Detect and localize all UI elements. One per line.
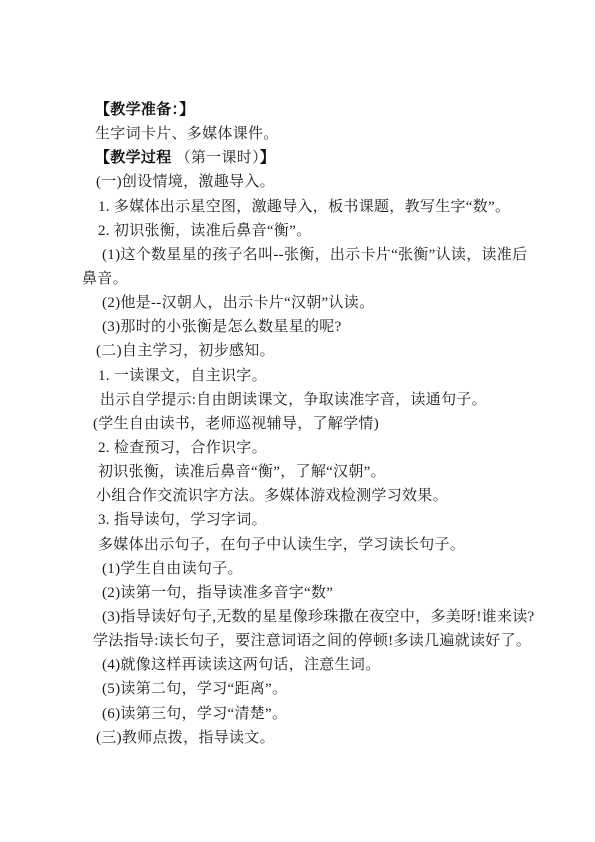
text-line: 1. 多媒体出示星空图，激趣导入，板书课题，教写生字“数”。 [82,195,522,219]
text-run: 3. 指导读句，学习字词。 [98,512,267,528]
text-run: (1)学生自由读句子。 [102,561,243,577]
text-line: 初识张衡，读准后鼻音“衡”，了解“汉朝”。 [82,460,522,484]
text-run: (二)自主学习，初步感知。 [96,343,275,359]
document-page: 【教学准备：】生字词卡片、多媒体课件。【教学过程 （第一课时）】(一)创设情境，… [0,0,595,842]
text-line: 2. 检查预习，合作识字。 [82,436,522,460]
text-line: (6)读第三句，学习“清楚”。 [82,702,522,726]
text-line: (1)这个数星星的孩子名叫--张衡，出示卡片“张衡”认读，读准后 [82,243,522,267]
text-run: 学法指导:读长句子，要注意词语之间的停顿!多读几遍就读好了。 [93,633,531,649]
text-run: 生字词卡片、多媒体课件。 [95,126,279,142]
text-run: 鼻音。 [82,271,128,287]
text-line: 多媒体出示句子，在句子中认读生字，学习读长句子。 [82,533,522,557]
heading-line: 【教学过程 （第一课时）】 [82,146,522,170]
text-run: (三)教师点拨，指导读文。 [96,730,275,746]
text-run: （第一课时） [172,150,260,166]
text-run: 【教学过程 [95,150,172,166]
text-run: (6)读第三句，学习“清楚”。 [102,706,287,722]
text-run: (4)就像这样再读读这两句话，注意生词。 [102,657,381,673]
text-line: (一)创设情境，激趣导入。 [82,170,522,194]
text-run: (2)读第一句，指导读准多音字“数” [102,585,333,601]
text-line: (学生自由读书，老师巡视辅导，了解学情) [82,412,522,436]
text-run: (3)那时的小张衡是怎么数星星的呢? [102,319,342,335]
text-run: 小组合作交流识字方法。多媒体游戏检测学习效果。 [96,488,448,504]
text-line: (1)学生自由读句子。 [82,557,522,581]
text-line: 小组合作交流识字方法。多媒体游戏检测学习效果。 [82,484,522,508]
text-run: (5)读第二句，学习“距离”。 [102,681,287,697]
text-run: 多媒体出示句子，在句子中认读生字，学习读长句子。 [98,537,465,553]
text-line: (3)那时的小张衡是怎么数星星的呢? [82,315,522,339]
text-line: (二)自主学习，初步感知。 [82,339,522,363]
text-line: 生字词卡片、多媒体课件。 [82,122,522,146]
text-line: (三)教师点拨，指导读文。 [82,726,522,750]
text-line: (4)就像这样再读读这两句话，注意生词。 [82,653,522,677]
text-run: (学生自由读书，老师巡视辅导，了解学情) [93,416,379,432]
text-line: (2)读第一句，指导读准多音字“数” [82,581,522,605]
text-line: 1. 一读课文，自主识字。 [82,364,522,388]
text-line: 学法指导:读长句子，要注意词语之间的停顿!多读几遍就读好了。 [82,629,522,653]
text-run: 出示自学提示:自由朗读课文，争取读准字音，读通句子。 [100,392,487,408]
text-run: 2. 检查预习，合作识字。 [98,440,267,456]
text-run: 【教学准备：】 [95,102,195,118]
text-run: 初识张衡，读准后鼻音“衡”，了解“汉朝”。 [98,464,386,480]
text-run: 2. 初识张衡，读准后鼻音“衡”。 [98,223,311,239]
text-line: (5)读第二句，学习“距离”。 [82,677,522,701]
text-run: 1. 多媒体出示星空图，激趣导入，板书课题，教写生字“数”。 [98,199,510,215]
text-line: (2)他是--汉朝人，出示卡片“汉朝”认读。 [82,291,522,315]
text-run: (2)他是--汉朝人，出示卡片“汉朝”认读。 [102,295,374,311]
text-line: 鼻音。 [82,267,522,291]
document-body: 【教学准备：】生字词卡片、多媒体课件。【教学过程 （第一课时）】(一)创设情境，… [82,98,522,750]
heading-line: 【教学准备：】 [82,98,522,122]
text-run: (一)创设情境，激趣导入。 [96,174,275,190]
text-line: 3. 指导读句，学习字词。 [82,508,522,532]
text-line: (3)指导读好句子,无数的星星像珍珠撒在夜空中，多美呀!谁来读? [82,605,522,629]
text-run: 】 [260,150,275,166]
text-line: 2. 初识张衡，读准后鼻音“衡”。 [82,219,522,243]
text-run: (3)指导读好句子,无数的星星像珍珠撒在夜空中，多美呀!谁来读? [102,609,535,625]
text-run: (1)这个数星星的孩子名叫--张衡，出示卡片“张衡”认读，读准后 [102,247,527,263]
text-line: 出示自学提示:自由朗读课文，争取读准字音，读通句子。 [82,388,522,412]
text-run: 1. 一读课文，自主识字。 [98,368,267,384]
